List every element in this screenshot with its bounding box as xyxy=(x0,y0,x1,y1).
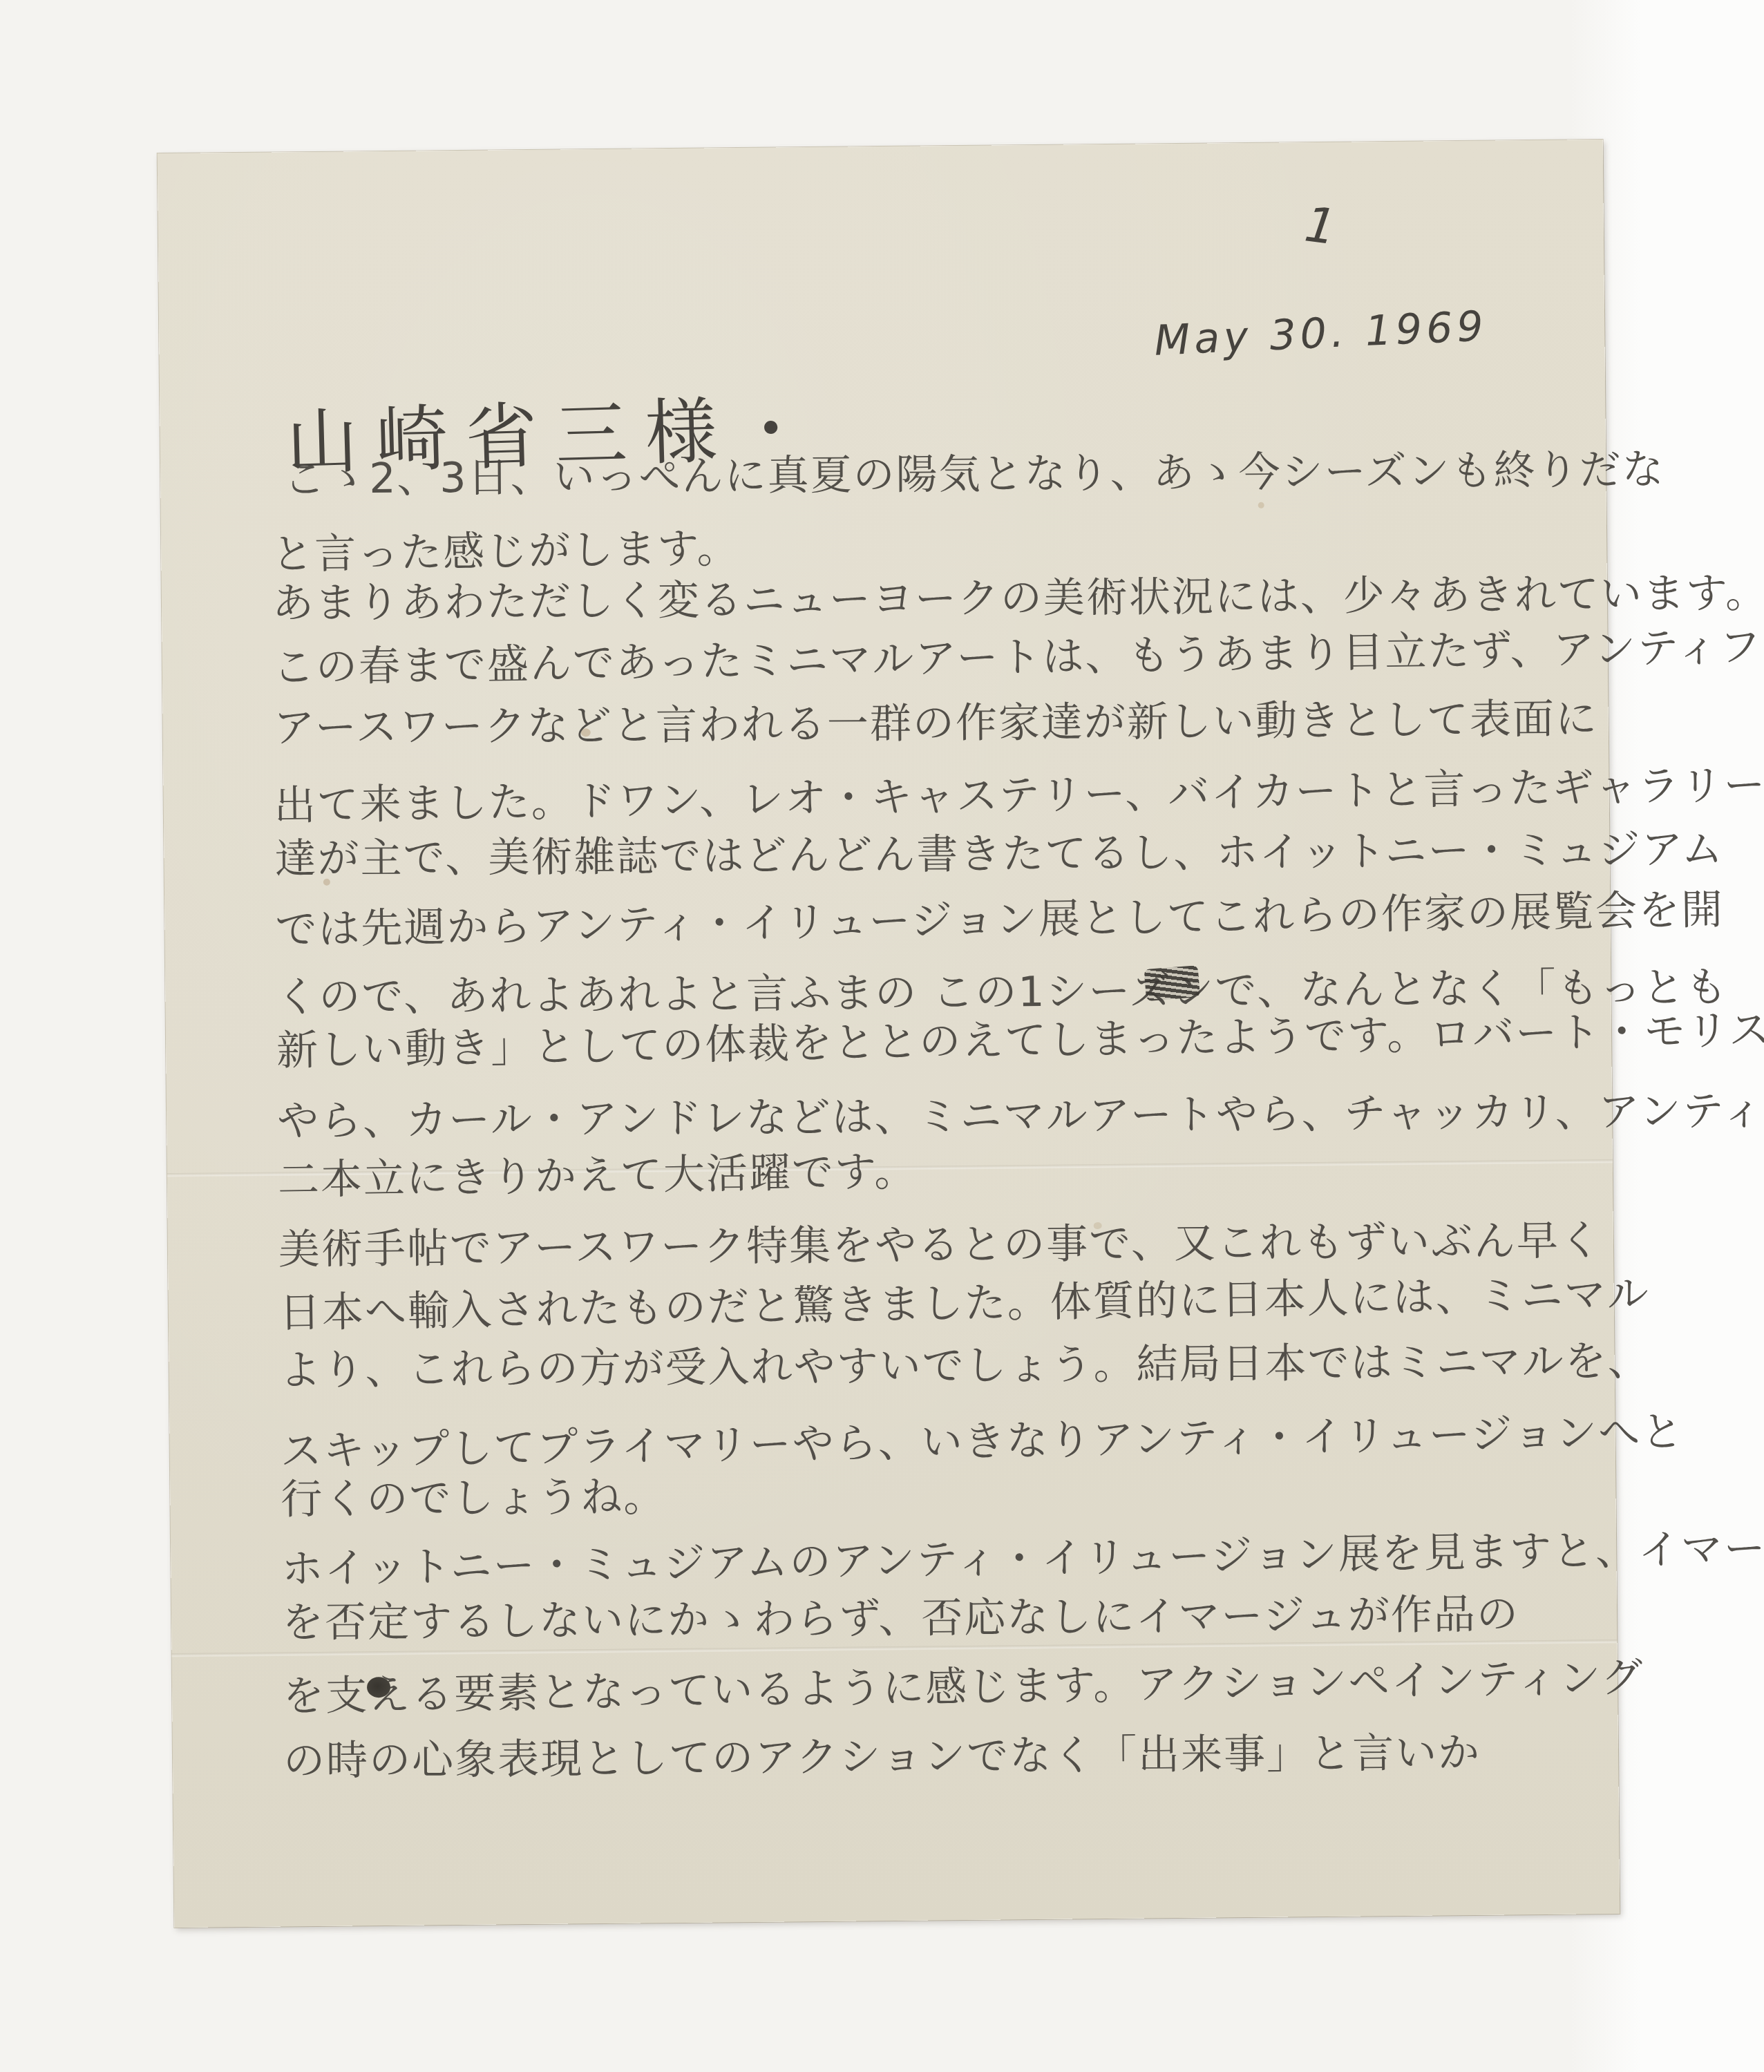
letter-line: より、これらの方が受入れやすいでしょう。結局日本ではミニマルを、 xyxy=(279,1328,1651,1397)
paper-stain xyxy=(1258,502,1264,509)
letter-line: では先週からアンティ・イリュージョン展としてこれらの作家の展覧会を開 xyxy=(275,877,1725,956)
ink-scribble-correction xyxy=(1144,965,1200,1001)
letter-line: を支える要素となっているように感じます。アクションペインティング xyxy=(283,1644,1644,1722)
letter-paper: 1 May 30. 1969 山崎省三様・ こゝ2、3日、いっぺんに真夏の陽気と… xyxy=(158,140,1620,1928)
letter-line: ホイットニー・ミュジアムのアンティ・イリュージョン展を見ますと、イマージュ xyxy=(281,1514,1764,1596)
letter-line: こゝ2、3日、いっぺんに真夏の陽気となり、あゝ今シーズンも終りだな xyxy=(283,437,1665,506)
ink-blot xyxy=(367,1677,390,1698)
letter-line: の時の心象表現としてのアクションでなく「出来事」と言いか xyxy=(283,1720,1481,1787)
letter-date: May 30. 1969 xyxy=(1153,302,1488,365)
letter-line: やら、カール・アンドレなどは、ミニマルアートやら、チャッカリ、アンティ・フォーム… xyxy=(277,1076,1764,1148)
letter-line: アースワークなどと言われる一群の作家達が新しい動きとして表面に xyxy=(273,686,1598,754)
letter-line: 達が主で、美術雑誌ではどんどん書きたてるし、ホイットニー・ミュジアム xyxy=(274,816,1724,886)
scan-background: { "letter": { "page_number": "1", "date"… xyxy=(0,0,1764,2072)
letter-line: を否定するしないにかゝわらず、否応なしにイマージュが作品の xyxy=(282,1581,1519,1650)
letter-line: 二本立にきりかえて大活躍です。 xyxy=(277,1139,917,1207)
letter-line: 行くのでしょうね。 xyxy=(281,1464,667,1526)
page-number: 1 xyxy=(1302,196,1340,256)
